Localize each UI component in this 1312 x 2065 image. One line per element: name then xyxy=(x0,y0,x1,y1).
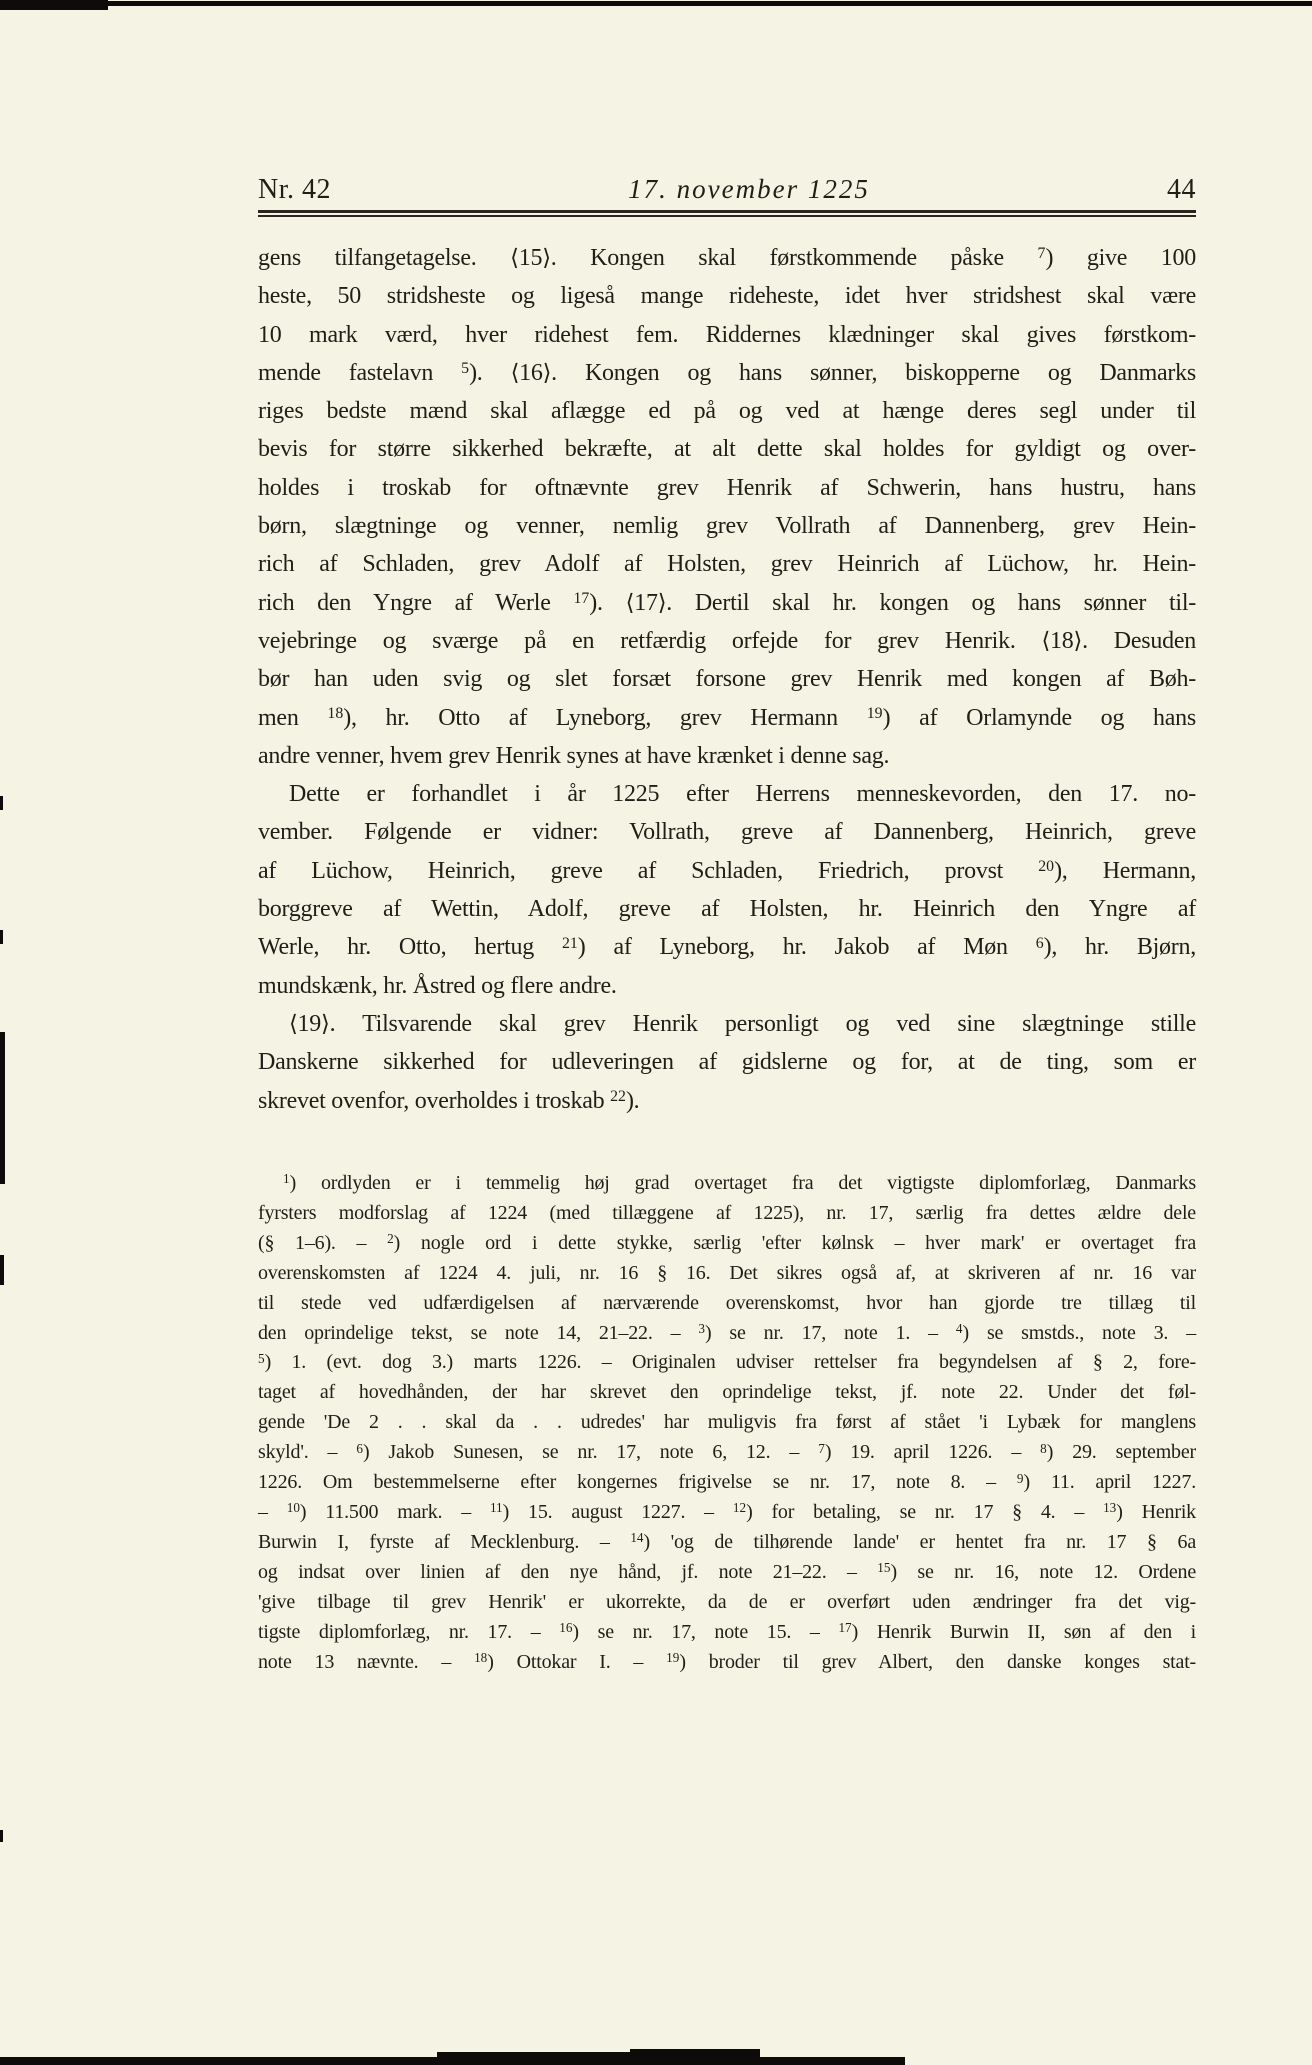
scan-artifact xyxy=(0,1830,3,1842)
text-line: 'give tilbage til grev Henrik' er ukorre… xyxy=(258,1588,1196,1618)
text-line: skrevet ovenfor, overholdes i troskab 22… xyxy=(258,1082,1196,1120)
page-title: 17. november 1225 xyxy=(628,174,870,205)
footnote-marker: 7 xyxy=(1038,245,1046,262)
footnote-marker: 9 xyxy=(1017,1471,1024,1486)
text-line: Burwin I, fyrste af Mecklenburg. – 14) '… xyxy=(258,1528,1196,1558)
footnote-marker: 3 xyxy=(698,1321,705,1336)
text-line: bevis for større sikkerhed bekræfte, at … xyxy=(258,430,1196,468)
footnote-marker: 18 xyxy=(474,1650,487,1665)
page-header: Nr. 42 17. november 1225 44 xyxy=(258,174,1196,212)
text-line: gens tilfangetagelse. ⟨15⟩. Kongen skal … xyxy=(258,239,1196,277)
scan-artifact xyxy=(630,2049,760,2058)
text-line: mende fastelavn 5). ⟨16⟩. Kongen og hans… xyxy=(258,354,1196,392)
footnote-marker: 15 xyxy=(877,1560,890,1575)
footnote-marker: 16 xyxy=(559,1620,572,1635)
footnote-marker: 5 xyxy=(461,360,469,377)
page-number: 44 xyxy=(1167,174,1196,206)
text-line: taget af hovedhånden, der har skrevet de… xyxy=(258,1378,1196,1408)
text-line: bør han uden svig og slet forsæt forsone… xyxy=(258,660,1196,698)
scan-artifact xyxy=(0,1255,4,1285)
footnote-marker: 8 xyxy=(1040,1441,1047,1456)
scan-artifact xyxy=(0,1032,5,1184)
text-line: 1226. Om bestemmelserne efter kongernes … xyxy=(258,1468,1196,1498)
text-line: – 10) 11.500 mark. – 11) 15. august 1227… xyxy=(258,1498,1196,1528)
footnote-marker: 19 xyxy=(867,705,883,722)
scan-artifact xyxy=(108,1,1312,6)
angle-bracket: ⟨ xyxy=(626,590,635,616)
angle-bracket: ⟩ xyxy=(542,245,551,271)
header-rule xyxy=(258,210,1196,217)
angle-bracket: ⟨ xyxy=(289,1011,298,1037)
text-line: holdes i troskab for oftnævnte grev Henr… xyxy=(258,469,1196,507)
text-line: rich af Schladen, grev Adolf af Holsten,… xyxy=(258,545,1196,583)
footnote-marker: 11 xyxy=(490,1500,503,1515)
text-line: Danskerne sikkerhed for udleveringen af … xyxy=(258,1043,1196,1081)
footnote-marker: 20 xyxy=(1038,858,1054,875)
text-line: Dette er forhandlet i år 1225 efter Herr… xyxy=(258,775,1196,813)
footnote-marker: 2 xyxy=(387,1231,394,1246)
angle-bracket: ⟨ xyxy=(1042,628,1051,654)
text-line: vember. Følgende er vidner: Vollrath, gr… xyxy=(258,813,1196,851)
text-line: riges bedste mænd skal aflægge ed på og … xyxy=(258,392,1196,430)
text-line: vejebringe og sværge på en retfærdig orf… xyxy=(258,622,1196,660)
footnote-marker: 18 xyxy=(327,705,343,722)
text-line: overenskomsten af 1224 4. juli, nr. 16 §… xyxy=(258,1259,1196,1289)
text-line: og indsat over linien af den nye hånd, j… xyxy=(258,1558,1196,1588)
footnote-marker: 6 xyxy=(356,1441,363,1456)
footnote-marker: 4 xyxy=(956,1321,963,1336)
scan-artifact xyxy=(0,2057,905,2065)
text-line: borggreve af Wettin, Adolf, greve af Hol… xyxy=(258,890,1196,928)
text-line: Werle, hr. Otto, hertug 21) af Lyneborg,… xyxy=(258,928,1196,966)
footnote-marker: 22 xyxy=(610,1088,626,1105)
footnote-marker: 17 xyxy=(838,1620,851,1635)
text-line: den oprindelige tekst, se note 14, 21–22… xyxy=(258,1319,1196,1349)
document-body: gens tilfangetagelse. ⟨15⟩. Kongen skal … xyxy=(258,239,1196,1120)
angle-bracket: ⟩ xyxy=(1074,628,1083,654)
footnote-marker: 17 xyxy=(573,590,589,607)
text-line: fyrsters modforslag af 1224 (med tillægg… xyxy=(258,1199,1196,1229)
footnote-marker: 1 xyxy=(283,1171,290,1186)
angle-bracket: ⟨ xyxy=(511,360,520,386)
text-line: 5) 1. (evt. dog 3.) marts 1226. – Origin… xyxy=(258,1348,1196,1378)
document-number: Nr. 42 xyxy=(258,174,331,206)
text-line: 1) ordlyden er i temmelig høj grad overt… xyxy=(258,1169,1196,1199)
footnote-marker: 14 xyxy=(630,1530,643,1545)
scan-artifact xyxy=(0,930,3,944)
angle-bracket: ⟨ xyxy=(510,245,519,271)
text-line: andre venner, hvem grev Henrik synes at … xyxy=(258,737,1196,775)
footnote-marker: 21 xyxy=(562,935,578,952)
text-line: men 18), hr. Otto af Lyneborg, grev Herm… xyxy=(258,699,1196,737)
footnote-marker: 12 xyxy=(733,1500,746,1515)
angle-bracket: ⟩ xyxy=(321,1011,330,1037)
footnote-marker: 19 xyxy=(666,1650,679,1665)
text-line: til stede ved udfærdigelsen af nærværend… xyxy=(258,1289,1196,1319)
footnote-marker: 13 xyxy=(1103,1500,1116,1515)
text-line: heste, 50 stridsheste og ligeså mange ri… xyxy=(258,277,1196,315)
scan-artifact xyxy=(0,0,108,10)
text-line: skyld'. – 6) Jakob Sunesen, se nr. 17, n… xyxy=(258,1438,1196,1468)
text-line: note 13 nævnte. – 18) Ottokar I. – 19) b… xyxy=(258,1648,1196,1678)
scan-artifact xyxy=(0,796,3,810)
scanned-page: Nr. 42 17. november 1225 44 gens tilfang… xyxy=(0,0,1312,2065)
text-line: børn, slægtninge og venner, nemlig grev … xyxy=(258,507,1196,545)
text-line: 10 mark værd, hver ridehest fem. Riddern… xyxy=(258,316,1196,354)
text-line: ⟨19⟩. Tilsvarende skal grev Henrik perso… xyxy=(258,1005,1196,1043)
angle-bracket: ⟩ xyxy=(543,360,552,386)
footnote-marker: 6 xyxy=(1036,935,1044,952)
text-line: gende 'De 2 . . skal da . . udredes' har… xyxy=(258,1408,1196,1438)
footnote-marker: 5 xyxy=(258,1351,265,1366)
text-line: rich den Yngre af Werle 17). ⟨17⟩. Derti… xyxy=(258,584,1196,622)
text-line: mundskænk, hr. Åstred og flere andre. xyxy=(258,967,1196,1005)
footnote-marker: 10 xyxy=(287,1500,300,1515)
footnotes: 1) ordlyden er i temmelig høj grad overt… xyxy=(258,1169,1196,1677)
text-line: af Lüchow, Heinrich, greve af Schladen, … xyxy=(258,852,1196,890)
text-line: tigste diplomforlæg, nr. 17. – 16) se nr… xyxy=(258,1618,1196,1648)
footnote-marker: 7 xyxy=(818,1441,825,1456)
angle-bracket: ⟩ xyxy=(658,590,667,616)
text-line: (§ 1–6). – 2) nogle ord i dette stykke, … xyxy=(258,1229,1196,1259)
